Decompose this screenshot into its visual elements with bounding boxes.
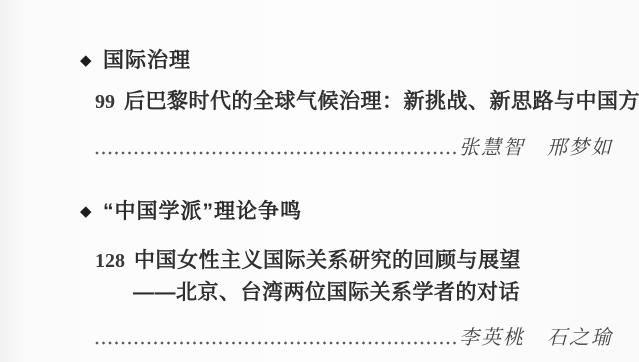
entry-authors: 张慧智 邢梦如	[458, 135, 613, 161]
section-heading-text: 国际治理	[103, 48, 191, 74]
dot-leader	[95, 151, 458, 155]
entry-page-number: 99	[95, 89, 115, 115]
toc-page: ◆ 国际治理 99 后巴黎时代的全球气候治理：新挑战、新思路与中国方案 张慧智 …	[0, 0, 639, 362]
entry-author-line: 张慧智 邢梦如	[95, 135, 613, 161]
toc-section-international-governance: ◆ 国际治理 99 后巴黎时代的全球气候治理：新挑战、新思路与中国方案 张慧智 …	[80, 48, 613, 161]
diamond-bullet-icon: ◆	[80, 48, 103, 74]
toc-section-chinese-school: ◆ “中国学派”理论争鸣 128 中国女性主义国际关系研究的回顾与展望 ——北京…	[80, 199, 613, 351]
entry-page-number: 128	[95, 248, 125, 274]
entry-title-line: 99 后巴黎时代的全球气候治理：新挑战、新思路与中国方案	[95, 89, 613, 115]
entry-title-text: 中国女性主义国际关系研究的回顾与展望	[134, 248, 521, 274]
entry-title-line: 128 中国女性主义国际关系研究的回顾与展望	[95, 248, 613, 274]
toc-content: ◆ 国际治理 99 后巴黎时代的全球气候治理：新挑战、新思路与中国方案 张慧智 …	[0, 0, 639, 351]
entry-authors: 李英桃 石之瑜	[458, 325, 613, 351]
entry-subtitle-text: ——北京、台湾两位国际关系学者的对话	[133, 280, 613, 306]
section-heading-text: “中国学派”理论争鸣	[103, 199, 302, 225]
diamond-bullet-icon: ◆	[80, 199, 103, 225]
section-heading: ◆ “中国学派”理论争鸣	[80, 199, 613, 225]
section-heading: ◆ 国际治理	[80, 48, 613, 74]
entry-author-line: 李英桃 石之瑜	[95, 325, 613, 351]
entry-title-text: 后巴黎时代的全球气候治理：新挑战、新思路与中国方案	[124, 89, 639, 115]
dot-leader	[95, 341, 458, 345]
